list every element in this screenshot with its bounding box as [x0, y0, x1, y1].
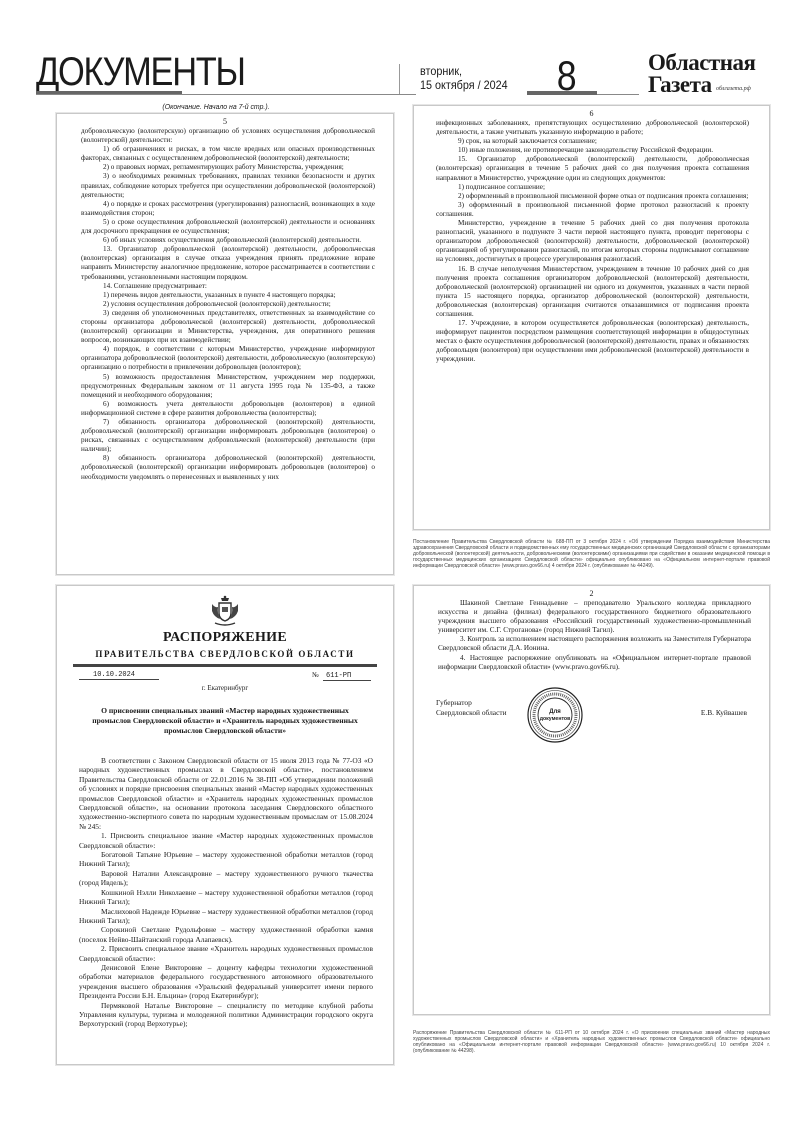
order-city: г. Екатеринбург [57, 684, 393, 692]
paragraph: добровольческую (волонтерскую) организац… [81, 127, 375, 145]
paragraph: 1) перечень видов деятельности, указанны… [81, 291, 375, 300]
svg-text:Для: Для [549, 709, 561, 715]
publication-caption: Постановление Правительства Свердловской… [413, 539, 770, 569]
paragraph: 9) срок, на который заключается соглашен… [436, 137, 749, 146]
paragraph: 4) порядок, в соответствии с которым Мин… [81, 345, 375, 372]
paragraph: 6) об иных условиях осуществления добров… [81, 236, 375, 245]
order-number: № 611-РП [312, 671, 371, 681]
page-number-underline [527, 91, 597, 95]
paragraph: 5) возможность предоставления Министерст… [81, 373, 375, 400]
official-stamp-icon: Для документов [526, 686, 584, 744]
paragraph: 4) о порядке и сроках рассмотрения (урег… [81, 200, 375, 218]
section-title: ДОКУМЕНТЫ [36, 50, 245, 95]
paragraph: 16. В случае неполучения Министерством, … [436, 265, 749, 320]
paragraph: 17. Учреждение, в котором осуществляется… [436, 319, 749, 364]
paragraph: 2) оформленный в произвольной письменной… [436, 192, 749, 201]
paragraph: 3) сведения об уполномоченных представит… [81, 309, 375, 345]
weekday: вторник, [420, 64, 508, 78]
paragraph: Маслиховой Надежде Юрьевне – мастеру худ… [79, 907, 373, 926]
order-body: В соответствии с Законом Свердловской об… [57, 756, 393, 1029]
paragraph: Шакиной Светлане Геннадьевне – преподава… [438, 599, 751, 635]
paragraph: 1) об ограничениях и рисках, в том числе… [81, 145, 375, 163]
paragraph: 10) иные положения, не противоречащие за… [436, 146, 749, 155]
paragraph: 14. Соглашение предусматривает: [81, 282, 375, 291]
newspaper-logo-line2: Газета [648, 72, 712, 98]
number-value: 611-РП [323, 672, 371, 681]
paragraph: 8) обязанность организатора добровольчес… [81, 454, 375, 481]
paragraph: 6) возможность учета деятельности добров… [81, 400, 375, 418]
svg-text:документов: документов [540, 716, 571, 722]
paragraph: 5) о сроке осуществления добровольческой… [81, 218, 375, 236]
order-page-2: 2 Шакиной Светлане Геннадьевне – препода… [413, 585, 770, 1015]
paragraph: инфекционных заболеваниях, препятствующи… [436, 119, 749, 137]
signature-block: Губернатор Свердловской области Для доку… [436, 698, 747, 778]
paragraph: 3) о необходимых режимных требованиях, п… [81, 172, 375, 199]
order-date: 10.10.2024 [79, 671, 159, 680]
header-divider [399, 64, 400, 94]
doc-page-label: 6 [414, 109, 769, 118]
publication-caption: Распоряжение Правительства Свердловской … [413, 1030, 770, 1054]
paragraph: 1. Присвоить специальное звание «Мастер … [79, 831, 373, 850]
paragraph: 3) оформленный в произвольной письменной… [436, 201, 749, 219]
header-rule-right [597, 94, 639, 95]
signer-title-line2: Свердловской области [436, 708, 507, 718]
continuation-note: (Окончание. Начало на 7-й стр.). [54, 102, 378, 111]
paragraph: Сорокиной Светлане Рудольфовне – мастеру… [79, 925, 373, 944]
paragraph: 2) условия осуществления добровольческой… [81, 300, 375, 309]
signer-title-line1: Губернатор [436, 698, 507, 708]
number-label: № [312, 671, 319, 679]
issue-date: вторник, 15 октября / 2024 [420, 64, 508, 92]
doc-body: инфекционных заболеваниях, препятствующи… [414, 119, 769, 365]
coat-of-arms-icon [208, 594, 242, 628]
doc-page-label: 2 [414, 589, 769, 598]
order-title: РАСПОРЯЖЕНИЕ [57, 630, 393, 646]
doc-page-label: 5 [57, 117, 393, 126]
newspaper-url: облгазета.рф [716, 86, 751, 92]
order-issuer: ПРАВИТЕЛЬСТВА СВЕРДЛОВСКОЙ ОБЛАСТИ [57, 649, 393, 659]
document-page-6: 6 инфекционных заболеваниях, препятствую… [413, 105, 770, 530]
paragraph: Денисовой Елене Викторовне – доценту каф… [79, 963, 373, 1001]
paragraph: Пермяковой Наталье Викторовне – специали… [79, 1001, 373, 1029]
masthead: ДОКУМЕНТЫ вторник, 15 октября / 2024 8 О… [0, 0, 800, 100]
paragraph: 2) о правовых нормах, регламентирующих р… [81, 163, 375, 172]
date: 15 октября / 2024 [420, 78, 508, 92]
paragraph: Министерство, учреждение в течение 5 раб… [436, 219, 749, 264]
paragraph: 15. Организатор добровольческой (волонте… [436, 155, 749, 182]
paragraph: 13. Организатор добровольческой (волонте… [81, 245, 375, 281]
signer-name: Е.В. Куйвашев [701, 708, 747, 718]
paragraph: 3. Контроль за исполнением настоящего ра… [438, 635, 751, 653]
paragraph: 2. Присвоить специальное звание «Храните… [79, 944, 373, 963]
order-body: Шакиной Светлане Геннадьевне – преподава… [414, 599, 769, 672]
document-page-5: 5 добровольческую (волонтерскую) организ… [56, 113, 394, 575]
header-rule [36, 94, 416, 95]
order-heading: О присвоении специальных званий «Мастер … [91, 706, 359, 736]
paragraph: В соответствии с Законом Свердловской об… [79, 756, 373, 831]
paragraph: 1) подписанное соглашение; [436, 183, 749, 192]
order-page-1: РАСПОРЯЖЕНИЕ ПРАВИТЕЛЬСТВА СВЕРДЛОВСКОЙ … [56, 585, 394, 1065]
paragraph: 4. Настоящее распоряжение опубликовать н… [438, 654, 751, 672]
order-date-number: 10.10.2024 № 611-РП [73, 667, 377, 683]
paragraph: 7) обязанность организатора добровольчес… [81, 418, 375, 454]
paragraph: Варовой Наталии Александровне – мастеру … [79, 869, 373, 888]
signer-title: Губернатор Свердловской области [436, 698, 507, 718]
doc-body: добровольческую (волонтерскую) организац… [57, 127, 393, 482]
paragraph: Кошкиной Нэлли Николаевне – мастеру худо… [79, 888, 373, 907]
paragraph: Богатовой Татьяне Юрьевне – мастеру худо… [79, 850, 373, 869]
